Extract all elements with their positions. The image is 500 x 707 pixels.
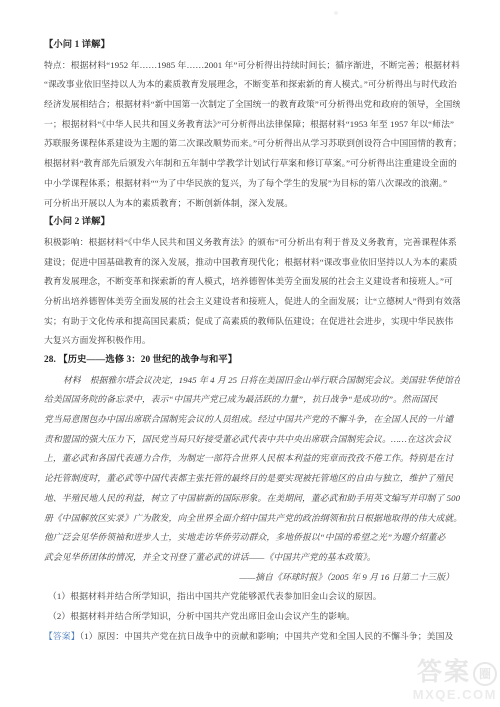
- watermark-circle-icon: 圈: [473, 662, 497, 686]
- watermark-logo-text: 答案: [417, 658, 471, 686]
- watermark-logo: 答案圈: [413, 659, 497, 686]
- material-line: 册《中国解放区实录》广为散发，向全世界全面介绍中国共产党的政治纲领和抗日根据地取…: [44, 509, 460, 529]
- sub-question-line: （2）根据材料并结合所学知识，分析中国共产党出席旧金山会议产生的影响。: [44, 607, 460, 627]
- question-number-heading: 28. 【历史——选修 3：20 世纪的战争与和平】: [44, 351, 460, 371]
- material-line: 上，董必武和各国代表通力合作，为制定一部符合世界人民根本利益的宪章而孜孜不倦工作…: [44, 449, 460, 469]
- document-body: 【小问 1 详解】特点：根据材料“1952 年……1985 年……2001 年”…: [44, 36, 460, 646]
- material-line: 他广泛会见华侨领袖和进步人士，实地走访华侨劳动群众，多地侨报以“中国的希望之光”…: [44, 528, 460, 548]
- source-citation-line: ——摘自《环球时报》（2005 年 9 月 16 日第二十三版）: [44, 568, 460, 588]
- section-heading: 【小问 1 详解】: [44, 36, 460, 56]
- section-heading: 【小问 2 详解】: [44, 213, 460, 233]
- material-line: 责和盟国的强大压力下，国民党当局只好接受董必武代表中共中央出席联合国制宪会议。……: [44, 430, 460, 450]
- text-line: 建设；促进中国基础教育的深入发展，推动中国教育现代化；根据材料“课改事业依旧坚持…: [44, 253, 460, 273]
- sub-question-line: （1）根据材料并结合所学知识，指出中国共产党能够派代表参加旧金山会议的原因。: [44, 587, 460, 607]
- text-line: 中小学课程体系；根据材料““为了中华民族的复兴，为了每个学生的发展”为目标的第八…: [44, 174, 460, 194]
- watermark-site-text: MXQE.COM: [413, 687, 497, 702]
- text-line: 可分析出开展以人为本的素质教育；不断创新体制，深入发展。: [44, 194, 460, 214]
- text-line: 一；根据材料“《中华人民共和国义务教育法》”可分析得出法律保障；根据材料“195…: [44, 115, 460, 135]
- material-line: 武会见华侨团体的情况，并全文刊登了董必武的讲话——《中国共产党的基本政策》。: [44, 548, 460, 568]
- answer-text: （1）原因：中国共产党在抗日战争中的贡献和影响；中国共产党和全国人民的不懈斗争；…: [80, 631, 454, 641]
- scan-speck: [334, 11, 338, 15]
- material-line: 地、半殖民地人民的利益，树立了中国崭新的国际形象。在美期间，董必武和助手用英文编…: [44, 489, 460, 509]
- answer-label: 【答案】: [44, 631, 80, 641]
- answer-line: 【答案】（1）原因：中国共产党在抗日战争中的贡献和影响；中国共产党和全国人民的不…: [44, 627, 460, 647]
- text-line: “课改事业依旧坚持以人为本的素质教育发展理念，不断变革和探索新的育人模式。”可分…: [44, 75, 460, 95]
- text-line: 经济发展相结合；根据材料“新中国第一次制定了全国统一的教育政策”可分析得出党和政…: [44, 95, 460, 115]
- text-line: 根据材料“教育部先后颁发六年制和五年制中学教学计划试行草案和修订草案。”可分析得…: [44, 154, 460, 174]
- text-line: 特点：根据材料“1952 年……1985 年……2001 年”可分析得出持续时间…: [44, 56, 460, 76]
- material-line: 给美国国务院的备忘录中，表示“中国共产党已成为最活跃的力量”，抗日战争“是成功的…: [44, 390, 460, 410]
- text-line: 大复兴方面发挥积极作用。: [44, 331, 460, 351]
- material-first-line: 材料 根据雅尔塔会议决定，1945 年 4 月 25 日将在美国旧金山举行联合国…: [44, 371, 460, 391]
- text-line: 积极影响：根据材料“《中华人民共和国义务教育法》的颁布”可分析出有利于普及义务教…: [44, 233, 460, 253]
- text-line: 教育发展理念，不断变革和探索新的育人模式，培养德智体美劳全面发展的社会主义建设者…: [44, 272, 460, 292]
- text-line: 苏联服务课程体系建设为主题的第二次课改顺势而来。”可分析得出从学习苏联到创设符合…: [44, 134, 460, 154]
- text-line: 分析出培养德智体美劳全面发展的社会主义建设者和接班人，促进人的全面发展；让“立德…: [44, 292, 460, 312]
- material-line: 论托管制度时，董必武等中国代表都主张托管的最终目的是要实现被托管地区的自由与独立…: [44, 469, 460, 489]
- text-line: 实；有助于文化传承和提高国民素质；促成了高素质的教师队伍建设；在促进社会进步，实…: [44, 312, 460, 332]
- watermark: 答案圈 MXQE.COM: [413, 659, 497, 702]
- material-line: 党当局意图包办中国出席联合国制宪会议的人员组成。经过中国共产党的不懈斗争，在全国…: [44, 410, 460, 430]
